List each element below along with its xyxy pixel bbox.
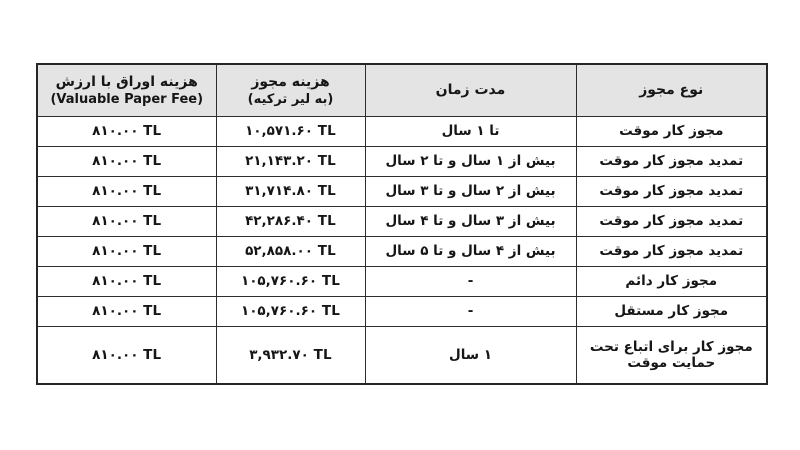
cell-duration: - [365,296,576,326]
table-row: مجوز کار دائم - ۱۰۵,۷۶۰.۶۰ TL ۸۱۰.۰۰ TL [37,266,767,296]
table-row: تمدید مجوز کار موقت بیش از ۱ سال و تا ۲ … [37,146,767,176]
col-header-permit-fee-line1: هزینه مجوز [251,74,329,90]
table-row: تمدید مجوز کار موقت بیش از ۴ سال و تا ۵ … [37,236,767,266]
cell-permit-fee: ۲۱,۱۴۳.۲۰ TL [216,146,365,176]
cell-paper-fee: ۸۱۰.۰۰ TL [37,266,216,296]
work-permit-fee-table: نوع مجوز مدت زمان هزینه مجوز (به لیر ترک… [36,63,768,385]
table-row: مجوز کار موقت تا ۱ سال ۱۰,۵۷۱.۶۰ TL ۸۱۰.… [37,116,767,146]
cell-paper-fee: ۸۱۰.۰۰ TL [37,176,216,206]
table-row: تمدید مجوز کار موقت بیش از ۳ سال و تا ۴ … [37,206,767,236]
work-permit-fee-table-container: نوع مجوز مدت زمان هزینه مجوز (به لیر ترک… [36,63,766,385]
cell-permit-type: تمدید مجوز کار موقت [576,176,767,206]
cell-paper-fee: ۸۱۰.۰۰ TL [37,296,216,326]
cell-permit-fee: ۱۰۵,۷۶۰.۶۰ TL [216,266,365,296]
cell-duration: بیش از ۴ سال و تا ۵ سال [365,236,576,266]
page: نوع مجوز مدت زمان هزینه مجوز (به لیر ترک… [0,0,800,450]
cell-paper-fee: ۸۱۰.۰۰ TL [37,146,216,176]
col-header-paper-fee: هزینه اوراق با ارزش (Valuable Paper Fee) [37,64,216,116]
col-header-permit-fee: هزینه مجوز (به لیر ترکیه) [216,64,365,116]
cell-permit-type: تمدید مجوز کار موقت [576,206,767,236]
table-row: مجوز کار برای اتباع تحت حمایت موقت ۱ سال… [37,326,767,384]
cell-permit-fee: ۳۱,۷۱۴.۸۰ TL [216,176,365,206]
col-header-paper-fee-line1: هزینه اوراق با ارزش [56,74,198,90]
cell-duration: تا ۱ سال [365,116,576,146]
cell-permit-type: مجوز کار موقت [576,116,767,146]
cell-permit-type: مجوز کار دائم [576,266,767,296]
cell-duration: بیش از ۲ سال و تا ۳ سال [365,176,576,206]
col-header-permit-fee-line2: (به لیر ترکیه) [223,92,359,107]
col-header-duration-line1: مدت زمان [436,82,506,98]
cell-permit-type: تمدید مجوز کار موقت [576,236,767,266]
cell-permit-fee: ۳,۹۳۲.۷۰ TL [216,326,365,384]
cell-permit-type: مجوز کار برای اتباع تحت حمایت موقت [576,326,767,384]
cell-permit-type: مجوز کار مستقل [576,296,767,326]
cell-duration: بیش از ۳ سال و تا ۴ سال [365,206,576,236]
col-header-permit-type: نوع مجوز [576,64,767,116]
header-row: نوع مجوز مدت زمان هزینه مجوز (به لیر ترک… [37,64,767,116]
cell-duration: بیش از ۱ سال و تا ۲ سال [365,146,576,176]
cell-permit-fee: ۴۲,۲۸۶.۴۰ TL [216,206,365,236]
cell-permit-fee: ۱۰۵,۷۶۰.۶۰ TL [216,296,365,326]
cell-permit-type: تمدید مجوز کار موقت [576,146,767,176]
cell-permit-fee: ۱۰,۵۷۱.۶۰ TL [216,116,365,146]
table-row: مجوز کار مستقل - ۱۰۵,۷۶۰.۶۰ TL ۸۱۰.۰۰ TL [37,296,767,326]
cell-duration: - [365,266,576,296]
cell-paper-fee: ۸۱۰.۰۰ TL [37,326,216,384]
cell-duration: ۱ سال [365,326,576,384]
cell-paper-fee: ۸۱۰.۰۰ TL [37,236,216,266]
cell-paper-fee: ۸۱۰.۰۰ TL [37,206,216,236]
col-header-permit-type-line1: نوع مجوز [639,82,703,98]
col-header-duration: مدت زمان [365,64,576,116]
col-header-paper-fee-line2: (Valuable Paper Fee) [44,92,210,107]
cell-permit-fee: ۵۲,۸۵۸.۰۰ TL [216,236,365,266]
cell-paper-fee: ۸۱۰.۰۰ TL [37,116,216,146]
table-row: تمدید مجوز کار موقت بیش از ۲ سال و تا ۳ … [37,176,767,206]
